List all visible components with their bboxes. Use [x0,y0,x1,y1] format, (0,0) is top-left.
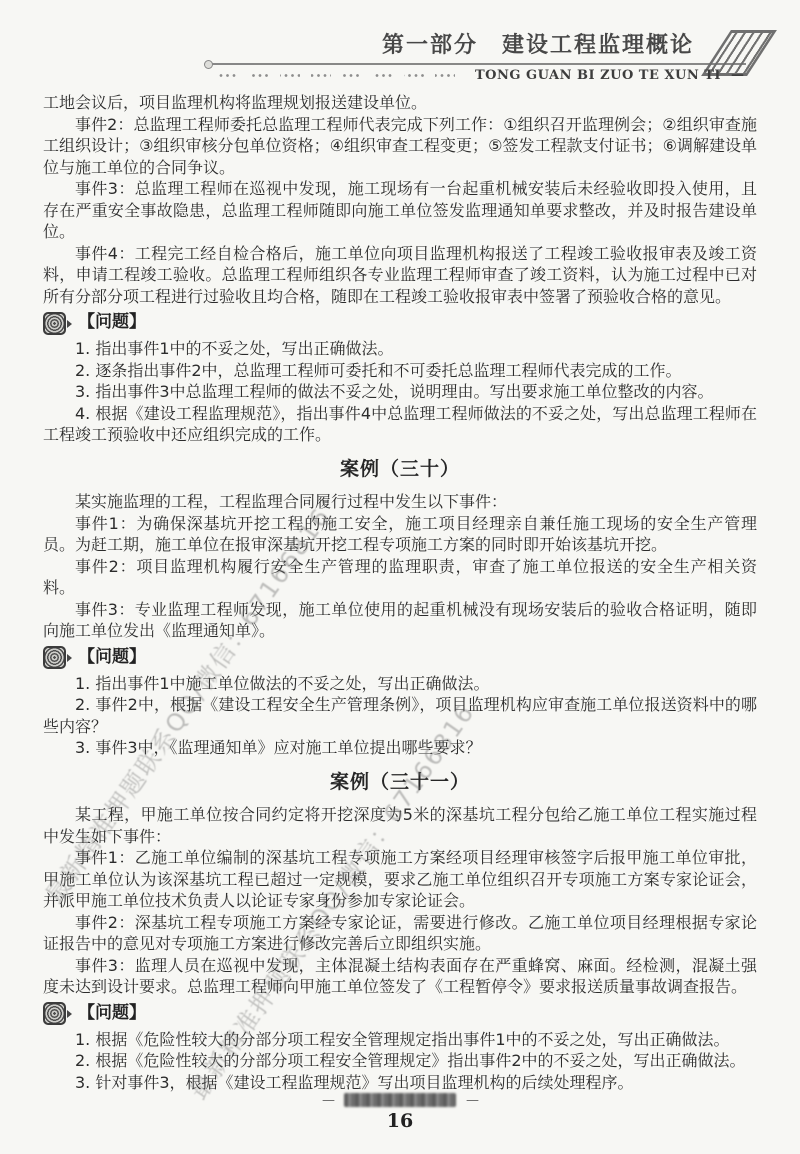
header-dash: — [731,68,744,83]
header-subrow: TONG GUAN BI ZUO TE XUN TI — [218,66,744,84]
question-item: 3. 针对事件3，根据《建设工程监理规范》写出项目监理机构的后续处理程序。 [43,1072,757,1094]
document-page: 最新精准押题联系QQ/微信：67166816 最新精准押题联系QQ/微信：671… [0,0,800,1154]
event-paragraph: 事件2：总监理工程师委托总监理工程师代表完成下列工作：①组织召开监理例会；②组织… [43,114,757,179]
problems-label: 【问题】 [78,1003,146,1025]
case-title: 案例（三十一） [43,772,757,794]
event-paragraph: 事件2：项目监理机构履行安全生产管理的监理职责，审查了施工单位报送的安全生产相关… [43,556,757,599]
question-item: 3. 事件3中，《监理通知单》应对施工单位提出哪些要求？ [43,737,757,759]
question-item: 1. 根据《危险性较大的分部分项工程安全管理规定指出事件1中的不妥之处，写出正确… [43,1029,757,1051]
event-paragraph: 事件3：专业监理工程师发现，施工单位使用的起重机械没有现场安装后的验收合格证明，… [43,599,757,642]
case-lead: 某实施监理的工程，工程监理合同履行过程中发生以下事件： [43,491,757,513]
problems-stamp-icon [43,312,66,335]
page-content: 工地会议后，项目监理机构将监理规划报送建设单位。 事件2：总监理工程师委托总监理… [43,92,757,1093]
question-item: 2. 逐条指出事件2中，总监理工程师可委托和不可委托总监理工程师代表完成的工作。 [43,360,757,382]
problems-header: 【问题】 [43,645,757,671]
rule-end-dot-icon [204,60,213,69]
case-lead: 某工程，甲施工单位按合同约定将开挖深度为5米的深基坑工程分包给乙施工单位工程实施… [43,804,757,847]
page-footer: — — 16 [0,1092,800,1132]
case-title: 案例（三十） [43,459,757,481]
page-title: 第一部分 建设工程监理概论 [382,28,694,59]
footer-ornament: — — [0,1092,800,1108]
page-number: 16 [0,1110,800,1132]
dots-ornament-icon [218,72,457,79]
problems-header: 【问题】 [43,310,757,336]
event-paragraph: 事件4：工程完工经自检合格后，施工单位向项目监理机构报送了工程竣工验收报审表及竣… [43,243,757,308]
problems-header: 【问题】 [43,1001,757,1027]
footer-dash: — [322,1093,334,1108]
question-item: 2. 根据《危险性较大的分部分项工程安全管理规定》指出事件2中的不妥之处，写出正… [43,1050,757,1072]
header-pinyin: TONG GUAN BI ZUO TE XUN TI [475,68,721,83]
question-item: 1. 指出事件1中的不妥之处，写出正确做法。 [43,338,757,360]
paragraph-continuation: 工地会议后，项目监理机构将监理规划报送建设单位。 [43,92,757,114]
question-item: 3. 指出事件3中总监理工程师的做法不妥之处，说明理由。写出要求施工单位整改的内… [43,381,757,403]
page-header: 第一部分 建设工程监理概论 TONG GUAN BI ZUO TE XUN TI… [0,0,800,90]
question-item: 4. 根据《建设工程监理规范》，指出事件4中总监理工程师做法的不妥之处，写出总监… [43,403,757,446]
header-rule [212,63,746,65]
event-paragraph: 事件3：总监理工程师在巡视中发现，施工现场有一台起重机械安装后未经验收即投入使用… [43,178,757,243]
event-paragraph: 事件1：乙施工单位编制的深基坑工程专项施工方案经项目经理审核签字后报甲施工单位审… [43,847,757,912]
question-item: 2. 事件2中，根据《建设工程安全生产管理条例》，项目监理机构应审查施工单位报送… [43,694,757,737]
problems-stamp-icon [43,646,66,669]
footer-dash: — [466,1093,478,1108]
event-paragraph: 事件1：为确保深基坑开挖工程的施工安全，施工项目经理亲自兼任施工现场的安全生产管… [43,513,757,556]
problems-label: 【问题】 [78,312,146,334]
problems-stamp-icon [43,1002,66,1025]
redacted-block [344,1093,456,1107]
event-paragraph: 事件3：监理人员在巡视中发现，主体混凝土结构表面存在严重蜂窝、麻面。经检测，混凝… [43,955,757,998]
event-paragraph: 事件2：深基坑工程专项施工方案经专家论证，需要进行修改。乙施工单位项目经理根据专… [43,912,757,955]
problems-label: 【问题】 [78,647,146,669]
question-item: 1. 指出事件1中施工单位做法的不妥之处，写出正确做法。 [43,673,757,695]
